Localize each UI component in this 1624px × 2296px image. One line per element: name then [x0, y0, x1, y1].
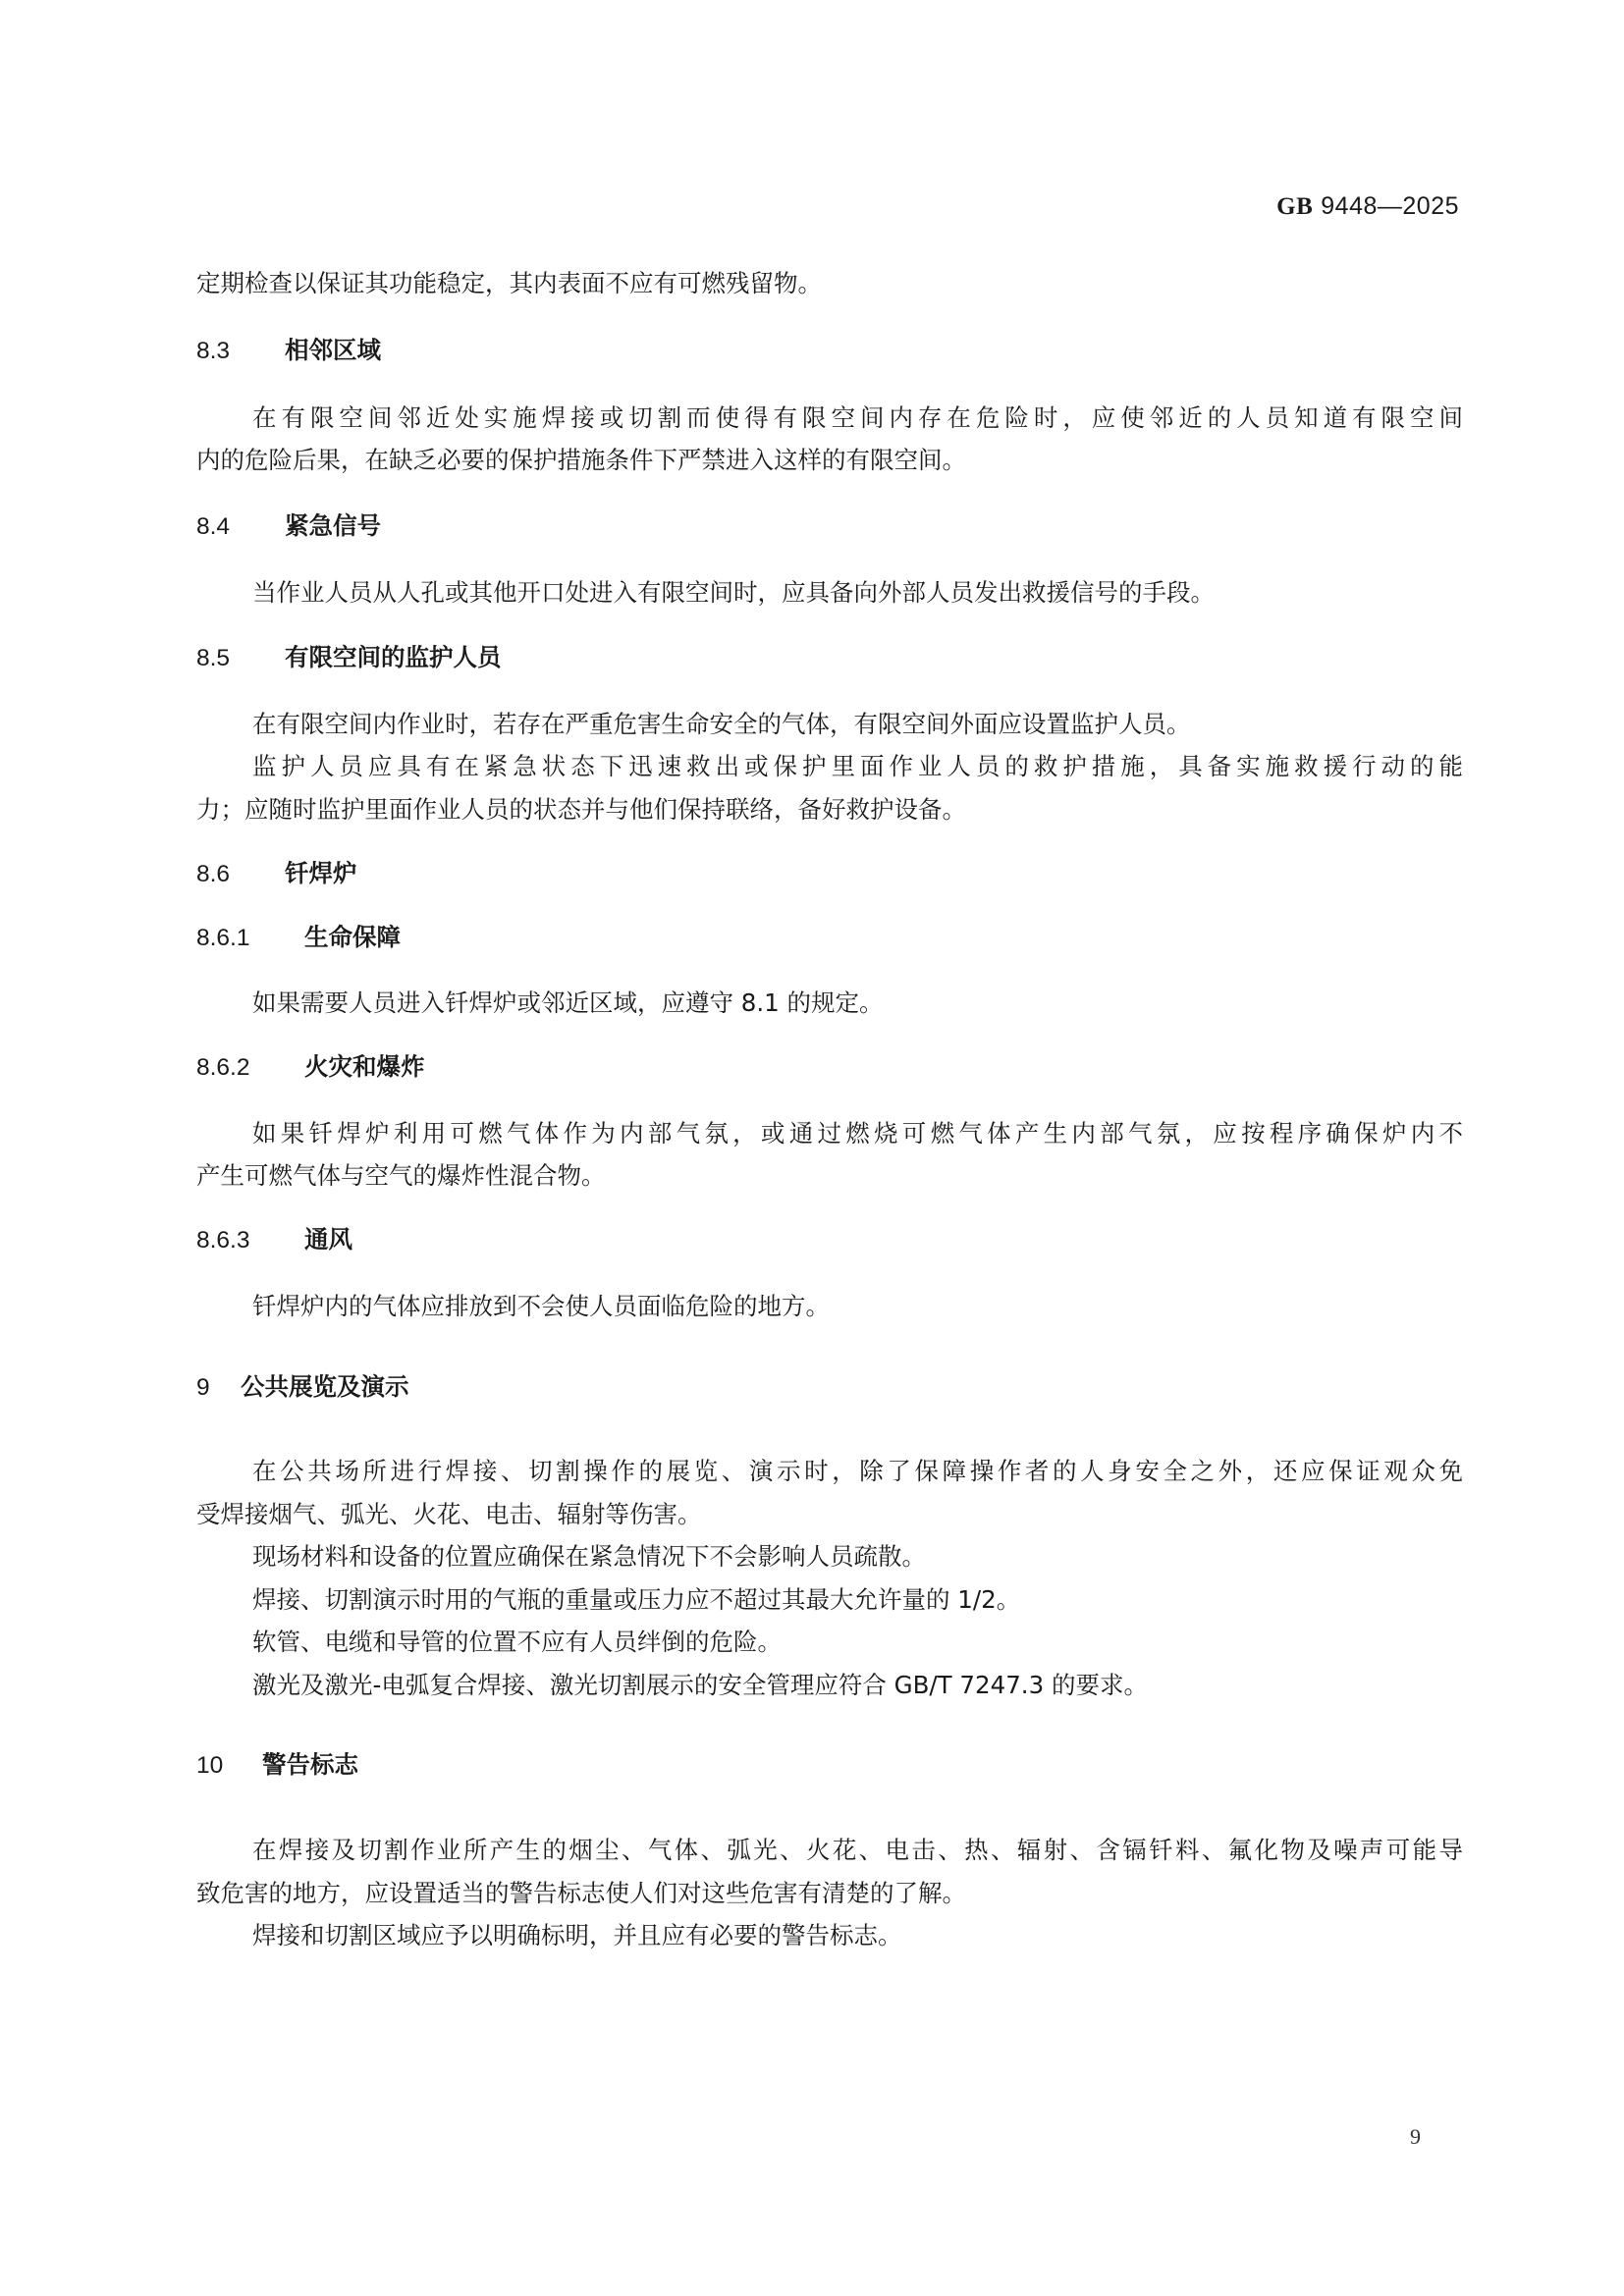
document-page: GB9448—2025 定期检查以保证其功能稳定，其内表面不应有可燃残留物。 8… [0, 0, 1624, 2296]
paragraph-line: 力；应随时监护里面作业人员的状态并与他们保持联络，备好救护设备。 [196, 793, 966, 827]
paragraph-line: 内的危险后果，在缺乏必要的保护措施条件下严禁进入这样的有限空间。 [196, 444, 966, 477]
section-title: 相邻区域 [285, 336, 381, 364]
paragraph-line: 焊接、切割演示时用的气瓶的重量或压力应不超过其最大允许量的 1/2。 [252, 1583, 1020, 1617]
page-number: 9 [1410, 2124, 1421, 2150]
paragraph-line: 在公共场所进行焊接、切割操作的展览、演示时，除了保障操作者的人身安全之外，还应保… [252, 1455, 1463, 1488]
section-heading-8-6-2: 8.6.2火灾和爆炸 [196, 1050, 425, 1085]
paragraph-line: 受焊接烟气、弧光、火花、电击、辐射等伤害。 [196, 1498, 702, 1531]
standard-number: 9448—2025 [1321, 192, 1459, 220]
section-title: 通风 [304, 1225, 352, 1254]
standard-code: GB9448—2025 [1276, 192, 1459, 221]
section-number: 8.6.2 [196, 1051, 304, 1085]
section-heading-10: 10警告标志 [196, 1748, 358, 1783]
section-title: 紧急信号 [285, 511, 381, 540]
section-title: 警告标志 [262, 1750, 358, 1779]
paragraph-line: 钎焊炉内的气体应排放到不会使人员面临危险的地方。 [252, 1290, 830, 1323]
section-title: 公共展览及演示 [241, 1372, 409, 1401]
paragraph-line: 致危害的地方，应设置适当的警告标志使人们对这些危害有清楚的了解。 [196, 1877, 966, 1910]
section-number: 8.3 [196, 335, 285, 368]
section-number: 8.6.3 [196, 1224, 304, 1257]
paragraph-line: 焊接和切割区域应予以明确标明，并且应有必要的警告标志。 [252, 1919, 902, 1952]
section-heading-8-4: 8.4紧急信号 [196, 509, 381, 544]
section-number: 8.5 [196, 642, 285, 675]
paragraph-line: 监护人员应具有在紧急状态下迅速救出或保护里面作业人员的救护措施，具备实施救援行动… [252, 750, 1463, 783]
section-number: 9 [196, 1371, 241, 1405]
section-heading-8-6: 8.6钎焊炉 [196, 857, 357, 891]
paragraph-line: 如果钎焊炉利用可燃气体作为内部气氛，或通过燃烧可燃气体产生内部气氛，应按程序确保… [252, 1117, 1463, 1150]
section-title: 钎焊炉 [285, 859, 357, 887]
section-number: 10 [196, 1749, 262, 1783]
section-heading-8-3: 8.3相邻区域 [196, 334, 381, 368]
section-number: 8.6.1 [196, 922, 304, 955]
paragraph-line: 现场材料和设备的位置应确保在紧急情况下不会影响人员疏散。 [252, 1540, 926, 1574]
paragraph-line: 定期检查以保证其功能稳定，其内表面不应有可燃残留物。 [196, 267, 822, 300]
paragraph-line: 产生可燃气体与空气的爆炸性混合物。 [196, 1159, 606, 1193]
section-number: 8.6 [196, 858, 285, 891]
paragraph-line: 软管、电缆和导管的位置不应有人员绊倒的危险。 [252, 1626, 782, 1659]
paragraph-line: 在有限空间邻近处实施焊接或切割而使得有限空间内存在危险时，应使邻近的人员知道有限… [252, 401, 1463, 435]
section-heading-9: 9公共展览及演示 [196, 1370, 409, 1405]
paragraph-line: 激光及激光-电弧复合焊接、激光切割展示的安全管理应符合 GB/T 7247.3 … [252, 1669, 1148, 1702]
section-heading-8-6-1: 8.6.1生命保障 [196, 921, 401, 955]
paragraph-line: 当作业人员从人孔或其他开口处进入有限空间时，应具备向外部人员发出救援信号的手段。 [252, 576, 1215, 610]
paragraph-line: 在焊接及切割作业所产生的烟尘、气体、弧光、火花、电击、热、辐射、含镉钎料、氟化物… [252, 1834, 1463, 1867]
section-title: 火灾和爆炸 [304, 1052, 425, 1081]
standard-prefix: GB [1276, 193, 1313, 220]
section-number: 8.4 [196, 510, 285, 544]
section-title: 生命保障 [304, 923, 401, 951]
paragraph-line: 在有限空间内作业时，若存在严重危害生命安全的气体，有限空间外面应设置监护人员。 [252, 708, 1191, 741]
section-heading-8-5: 8.5有限空间的监护人员 [196, 641, 502, 675]
paragraph-line: 如果需要人员进入钎焊炉或邻近区域，应遵守 8.1 的规定。 [252, 987, 884, 1020]
section-heading-8-6-3: 8.6.3通风 [196, 1223, 352, 1257]
section-title: 有限空间的监护人员 [285, 643, 502, 671]
